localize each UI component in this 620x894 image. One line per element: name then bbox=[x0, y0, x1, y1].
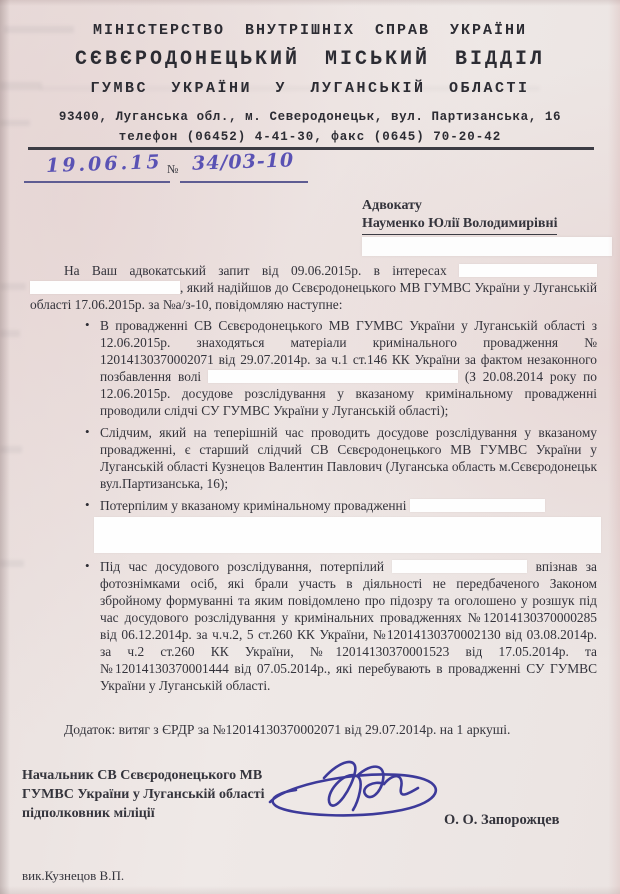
header-divider-line bbox=[28, 147, 594, 150]
redaction-box bbox=[208, 370, 458, 383]
letterhead: МІНІСТЕРСТВО ВНУТРІШНІХ СПРАВ УКРАЇНИ СЄ… bbox=[0, 0, 620, 144]
bullet-text: Потерпілим у вказаному кримінальному про… bbox=[100, 498, 406, 513]
handwritten-signature bbox=[262, 750, 452, 845]
recipient-name: Науменко Юлії Володимирівні bbox=[362, 215, 557, 235]
address-line: 93400, Луганська обл., м. Северодонецьк,… bbox=[0, 110, 620, 124]
bullet-text: Слідчим, який на теперішній час проводит… bbox=[100, 425, 597, 491]
recipient-block: Адвокату Науменко Юлії Володимирівні bbox=[362, 197, 612, 256]
bullet-list: В провадженні СВ Сєвєродонецького МВ ГУМ… bbox=[30, 317, 597, 694]
scanned-letter-page: МІНІСТЕРСТВО ВНУТРІШНІХ СПРАВ УКРАЇНИ СЄ… bbox=[0, 0, 620, 894]
bleed-through-artifact bbox=[0, 330, 20, 337]
signer-position-line: підполковник міліції bbox=[22, 804, 264, 823]
attachment-line: Додаток: витяг з ЄРДР за №12014130370002… bbox=[64, 722, 510, 738]
redaction-box bbox=[459, 264, 597, 277]
bullet-text: впізнав за фотознімками осіб, які брали … bbox=[100, 559, 597, 693]
redaction-block bbox=[94, 517, 601, 553]
regional-office-name: ГУМВС УКРАЇНИ У ЛУГАНСЬКІЙ ОБЛАСТІ bbox=[0, 80, 620, 97]
bullet-item-identification: Під час досудового розслідування, потерп… bbox=[100, 558, 597, 694]
city-department-name: СЄВЄРОДОНЕЦЬКИЙ МІСЬКИЙ ВІДДІЛ bbox=[0, 48, 620, 71]
redaction-box bbox=[410, 499, 545, 512]
date-blank-line bbox=[24, 181, 170, 183]
bleed-through-artifact bbox=[0, 446, 22, 453]
bleed-through-artifact bbox=[0, 283, 26, 290]
bullet-item-proceeding: В провадженні СВ Сєвєродонецького МВ ГУМ… bbox=[100, 317, 597, 419]
bullet-item-investigator: Слідчим, який на теперішній час проводит… bbox=[100, 424, 597, 492]
handwritten-document-number: 34/03-10 bbox=[192, 149, 295, 175]
handwritten-date: 19.06.15 bbox=[46, 151, 163, 177]
intro-paragraph: На Ваш адвокатський запит від 09.06.2015… bbox=[30, 262, 597, 313]
bullet-item-victim: Потерпілим у вказаному кримінальному про… bbox=[100, 497, 597, 553]
document-number-sign: № bbox=[167, 162, 178, 177]
letter-body: На Ваш адвокатський запит від 09.06.2015… bbox=[30, 262, 597, 699]
signer-position-block: Начальник СВ Сєвєродонецького МВ ГУМВС У… bbox=[22, 766, 264, 823]
bullet-text: Під час досудового розслідування, потерп… bbox=[100, 559, 384, 574]
executor-line: вик.Кузнецов В.П. bbox=[22, 868, 124, 884]
ministry-name: МІНІСТЕРСТВО ВНУТРІШНІХ СПРАВ УКРАЇНИ bbox=[0, 22, 620, 39]
redaction-box bbox=[362, 237, 612, 256]
phone-fax-line: телефон (06452) 4-41-30, факс (0645) 70-… bbox=[0, 130, 620, 144]
intro-text-pre: На Ваш адвокатський запит від 09.06.2015… bbox=[64, 263, 447, 278]
number-blank-line bbox=[180, 181, 308, 183]
signer-position-line: Начальник СВ Сєвєродонецького МВ bbox=[22, 766, 264, 785]
signer-position-line: ГУМВС України у Луганській області bbox=[22, 785, 264, 804]
bleed-through-artifact bbox=[0, 560, 24, 567]
redaction-box bbox=[30, 281, 180, 294]
recipient-role: Адвокату bbox=[362, 197, 612, 215]
redaction-box bbox=[392, 560, 527, 573]
signer-name: О. О. Запорожцев bbox=[444, 812, 559, 829]
